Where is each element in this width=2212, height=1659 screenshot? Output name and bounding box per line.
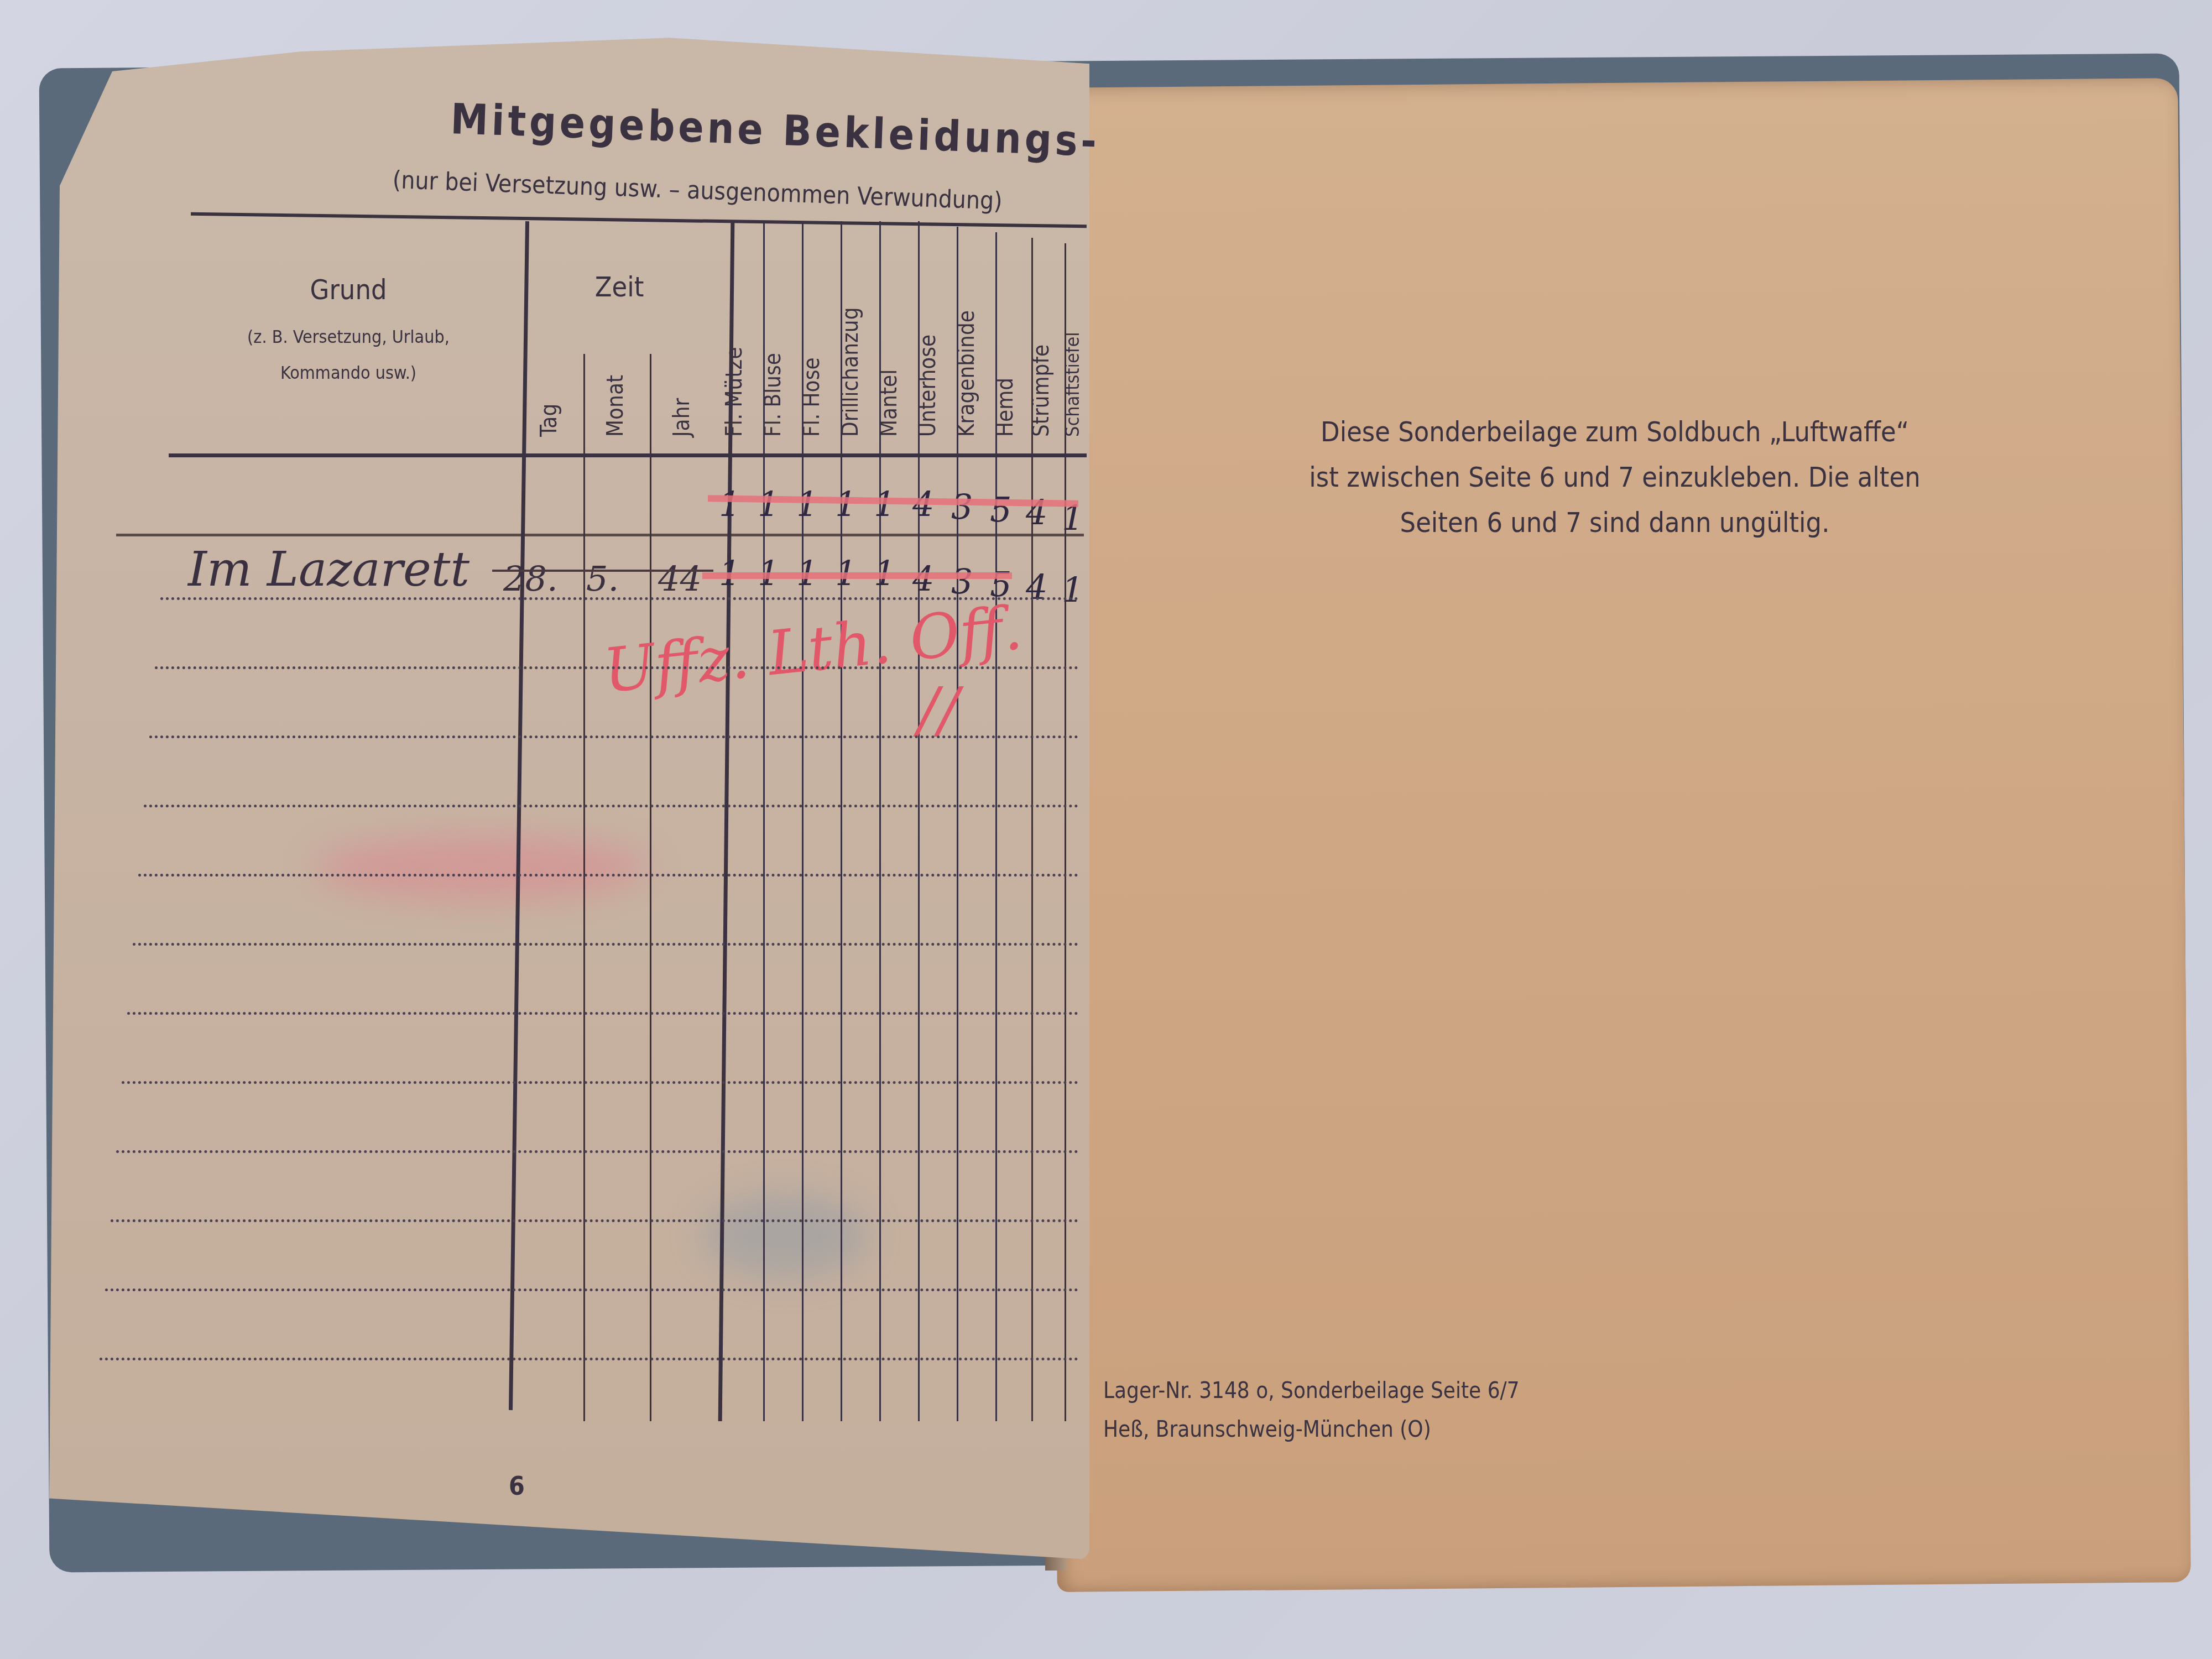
header-bottom-rule	[169, 453, 1087, 457]
cell-value: 4	[1026, 567, 1047, 607]
row-rule	[149, 735, 1078, 738]
cell-value: 3	[951, 561, 973, 602]
notice-line: Seiten 6 und 7 sind dann ungültig.	[1277, 500, 1952, 545]
header-item: Mantel	[877, 369, 902, 437]
row-rule	[122, 1081, 1078, 1084]
header-grund-note: Kommando usw.)	[210, 362, 487, 383]
header-item: Drillichanzug	[838, 307, 863, 437]
cell-value: 1	[835, 484, 857, 524]
grund-cell: Im Lazarett	[188, 542, 469, 597]
header-item: Fl. Hose	[799, 357, 825, 437]
red-strikethrough	[702, 572, 1012, 579]
page-number: 6	[509, 1471, 525, 1501]
blue-stain	[702, 1194, 868, 1277]
imprint-line: Lager-Nr. 3148 o, Sonderbeilage Seite 6/…	[1103, 1371, 1520, 1410]
notice-line: ist zwischen Seite 6 und 7 einzukleben. …	[1277, 455, 1952, 500]
cell-value: 5	[990, 489, 1011, 530]
insert-notice: Diese Sonderbeilage zum Soldbuch „Luftwa…	[1277, 409, 1952, 545]
row-rule	[105, 1288, 1078, 1291]
header-monat: Monat	[603, 375, 628, 437]
tag-cell: 28.	[503, 559, 558, 599]
black-strikethrough	[492, 570, 713, 572]
header-jahr: Jahr	[669, 398, 695, 437]
cell-value: 3	[951, 487, 973, 527]
row-rule	[155, 666, 1078, 669]
imprint-line: Heß, Braunschweig-München (O)	[1103, 1410, 1520, 1449]
header-item: Strümpfe	[1029, 345, 1054, 437]
header-item: Fl. Bluse	[760, 353, 786, 437]
row-rule	[160, 597, 1078, 600]
monat-cell: 5.	[586, 559, 619, 599]
row-rule	[127, 1012, 1078, 1015]
cell-value: 4	[1026, 492, 1047, 533]
header-item: Unterhose	[915, 335, 941, 437]
row-rule	[116, 1150, 1078, 1153]
cell-value: 1	[758, 484, 779, 524]
notice-line: Diese Sonderbeilage zum Soldbuch „Luftwa…	[1277, 409, 1952, 455]
cell-value: 1	[796, 484, 818, 524]
jahr-cell: 44	[658, 559, 702, 599]
red-handwritten-mark: //	[918, 675, 959, 745]
header-tag: Tag	[536, 404, 562, 437]
monat-divider	[650, 354, 651, 1421]
header-grund: Grund	[282, 274, 415, 306]
row-rule	[111, 1219, 1078, 1222]
header-item: Kragenbinde	[954, 310, 979, 437]
header-grund-note: (z. B. Versetzung, Urlaub,	[210, 326, 487, 347]
cell-value: 1	[1062, 570, 1083, 610]
right-page	[1044, 78, 2191, 1592]
first-row-rule	[116, 534, 1084, 536]
printer-imprint: Lager-Nr. 3148 o, Sonderbeilage Seite 6/…	[1103, 1371, 1520, 1449]
row-rule	[100, 1358, 1078, 1360]
header-item: Fl. Mütze	[722, 347, 747, 437]
row-rule	[133, 943, 1078, 946]
cell-value: 1	[719, 484, 740, 524]
red-stain	[315, 835, 647, 901]
left-page	[39, 33, 1089, 1559]
row-rule	[138, 874, 1078, 877]
header-item: Hemd	[993, 378, 1018, 437]
row-rule	[144, 805, 1078, 807]
header-item: Schaftstiefel	[1062, 332, 1084, 437]
tag-divider	[583, 354, 585, 1421]
header-zeit: Zeit	[586, 271, 653, 303]
